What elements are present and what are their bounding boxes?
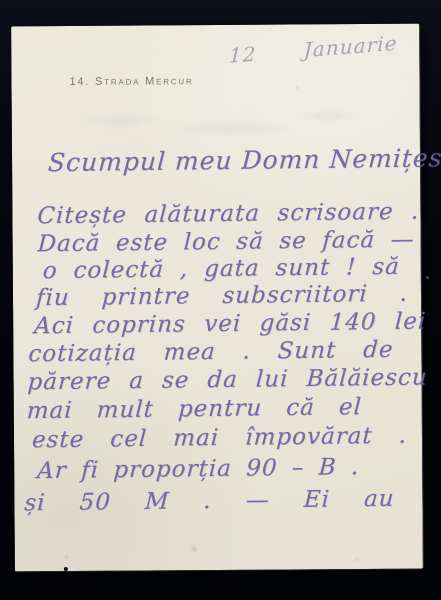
dust-speck <box>426 276 429 279</box>
handwritten-line: Aci coprins vei găsi 140 lei <box>33 310 427 340</box>
handwritten-line: Citește alăturata scrisoare . <box>37 200 421 230</box>
foxing-spot <box>353 556 361 562</box>
salutation-line: Scumpul meu Domn Nemițescu <box>47 145 421 177</box>
handwritten-line: Dacă este loc să se facă — <box>37 228 416 258</box>
handwritten-line: fiu printre subscriitori . <box>35 282 409 312</box>
edge-speck <box>64 567 68 571</box>
handwritten-line: este cel mai împovărat . <box>31 424 408 454</box>
handwritten-line: părere a se da lui Bălăiescu <box>27 365 429 395</box>
handwritten-line: mai mult pentru că el <box>26 395 363 424</box>
handwritten-line: și 50 M . — Ei au <box>24 487 396 517</box>
handwritten-line: cotizația mea . Sunt de <box>28 338 395 368</box>
foxing-spot <box>190 545 199 553</box>
foxing-spot <box>63 554 70 560</box>
handwritten-line: o colectă , gata sunt ! să <box>42 255 401 285</box>
letterhead-address: 14. Strada Mercur <box>69 75 193 88</box>
photo-background: 14. Strada Mercur 12 Januarie Scumpul me… <box>0 0 441 600</box>
ink-smudge <box>57 86 377 148</box>
foxing-spot <box>294 84 301 90</box>
handwritten-date: 12 Januarie <box>229 32 398 67</box>
letter-paper: 14. Strada Mercur 12 Januarie Scumpul me… <box>11 24 423 572</box>
handwritten-line: Ar fi proporția 90 – B . <box>36 455 360 484</box>
